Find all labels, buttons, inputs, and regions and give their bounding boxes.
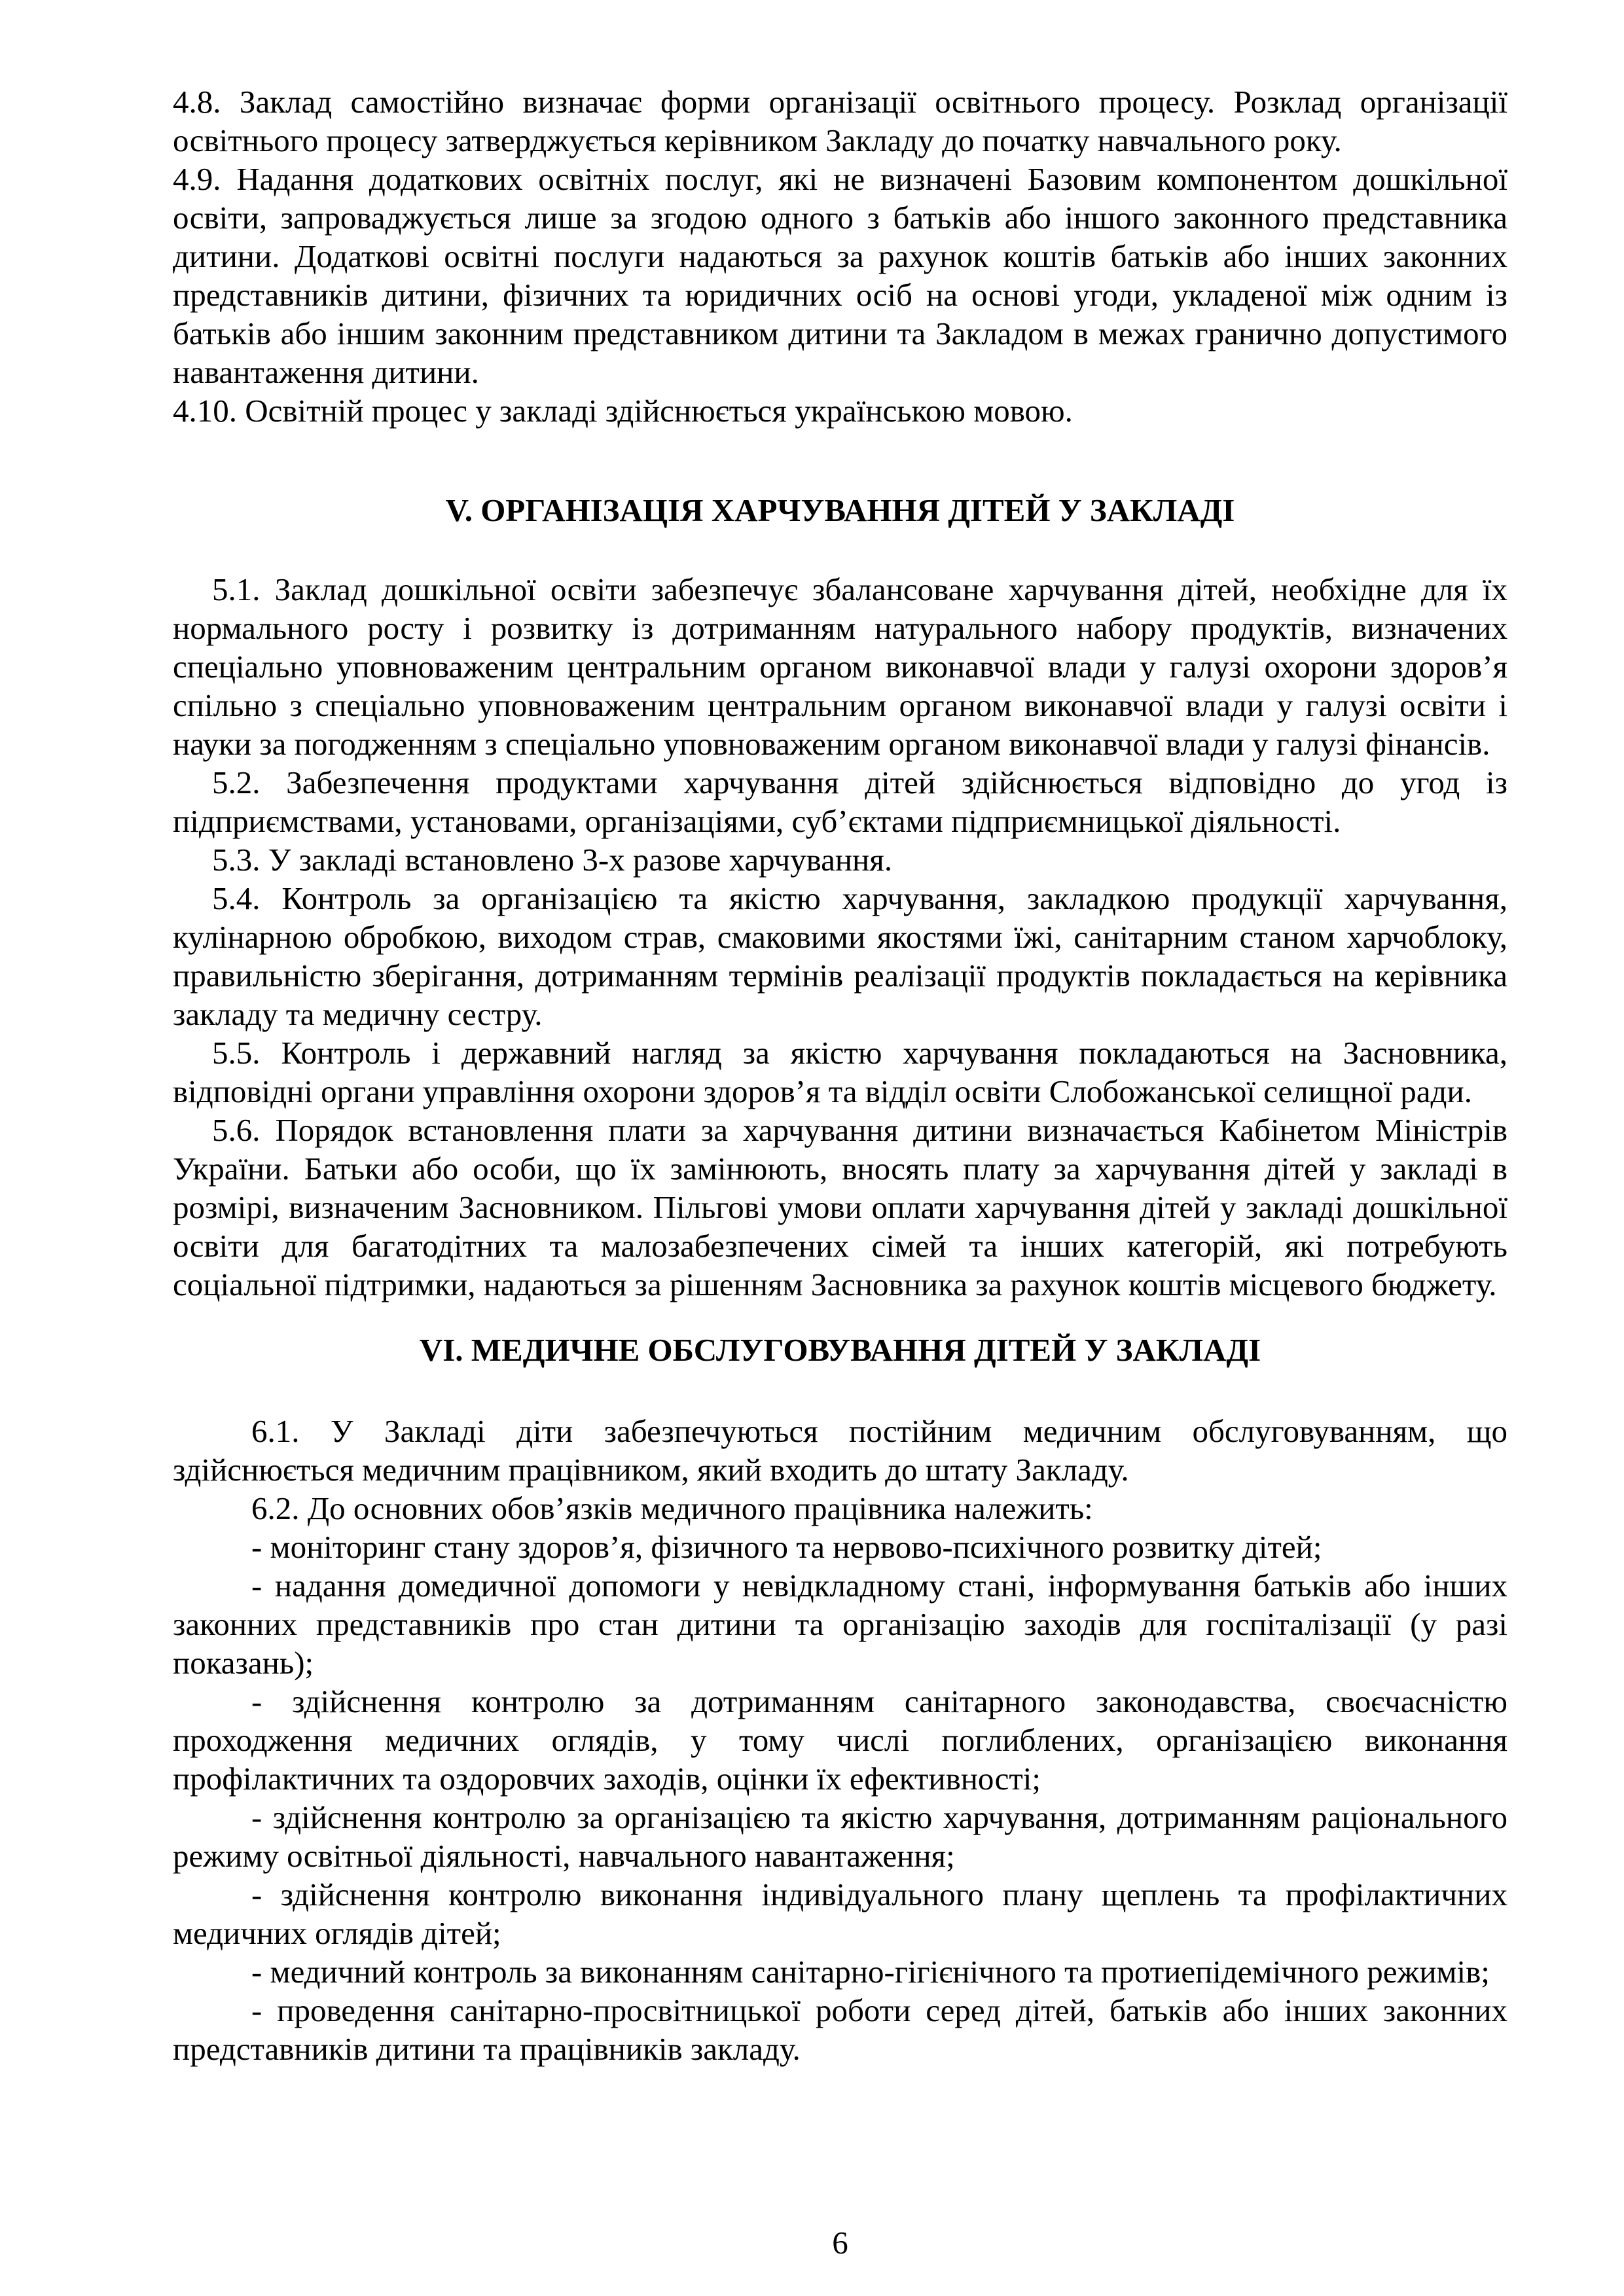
list-item-duty-4: - здійснення контролю за організацією та… <box>173 1798 1507 1875</box>
section-heading-v: V. ОРГАНІЗАЦІЯ ХАРЧУВАННЯ ДІТЕЙ У ЗАКЛАД… <box>173 491 1507 529</box>
page-number: 6 <box>173 2223 1507 2262</box>
paragraph-5-6: 5.6. Порядок встановлення плати за харчу… <box>173 1111 1507 1304</box>
list-item-duty-7: - проведення санітарно-просвітницької ро… <box>173 1991 1507 2068</box>
list-item-duty-5: - здійснення контролю виконання індивіду… <box>173 1875 1507 1952</box>
document-page: 4.8. Заклад самостійно визначає форми ор… <box>0 0 1624 2296</box>
paragraph-5-3: 5.3. У закладі встановлено 3-х разове ха… <box>173 840 1507 879</box>
paragraph-5-2: 5.2. Забезпечення продуктами харчування … <box>173 763 1507 840</box>
section-heading-vi: VI. МЕДИЧНЕ ОБСЛУГОВУВАННЯ ДІТЕЙ У ЗАКЛА… <box>173 1331 1507 1369</box>
paragraph-5-4: 5.4. Контроль за організацією та якістю … <box>173 879 1507 1033</box>
paragraph-6-1: 6.1. У Закладі діти забезпечуються пості… <box>173 1412 1507 1489</box>
paragraph-4-8: 4.8. Заклад самостійно визначає форми ор… <box>173 82 1507 160</box>
paragraph-4-9: 4.9. Надання додаткових освітніх послуг,… <box>173 160 1507 391</box>
paragraph-5-1: 5.1. Заклад дошкільної освіти забезпечує… <box>173 570 1507 763</box>
list-item-duty-6: - медичний контроль за виконанням саніта… <box>173 1952 1507 1991</box>
paragraph-4-10: 4.10. Освітній процес у закладі здійснює… <box>173 391 1507 430</box>
list-item-duty-3: - здійснення контролю за дотриманням сан… <box>173 1682 1507 1798</box>
paragraph-5-5: 5.5. Контроль і державний нагляд за якіс… <box>173 1033 1507 1111</box>
list-item-duty-1: - моніторинг стану здоров’я, фізичного т… <box>173 1528 1507 1566</box>
list-item-duty-2: - надання домедичної допомоги у невідкла… <box>173 1566 1507 1682</box>
paragraph-6-2: 6.2. До основних обов’язків медичного пр… <box>173 1489 1507 1528</box>
